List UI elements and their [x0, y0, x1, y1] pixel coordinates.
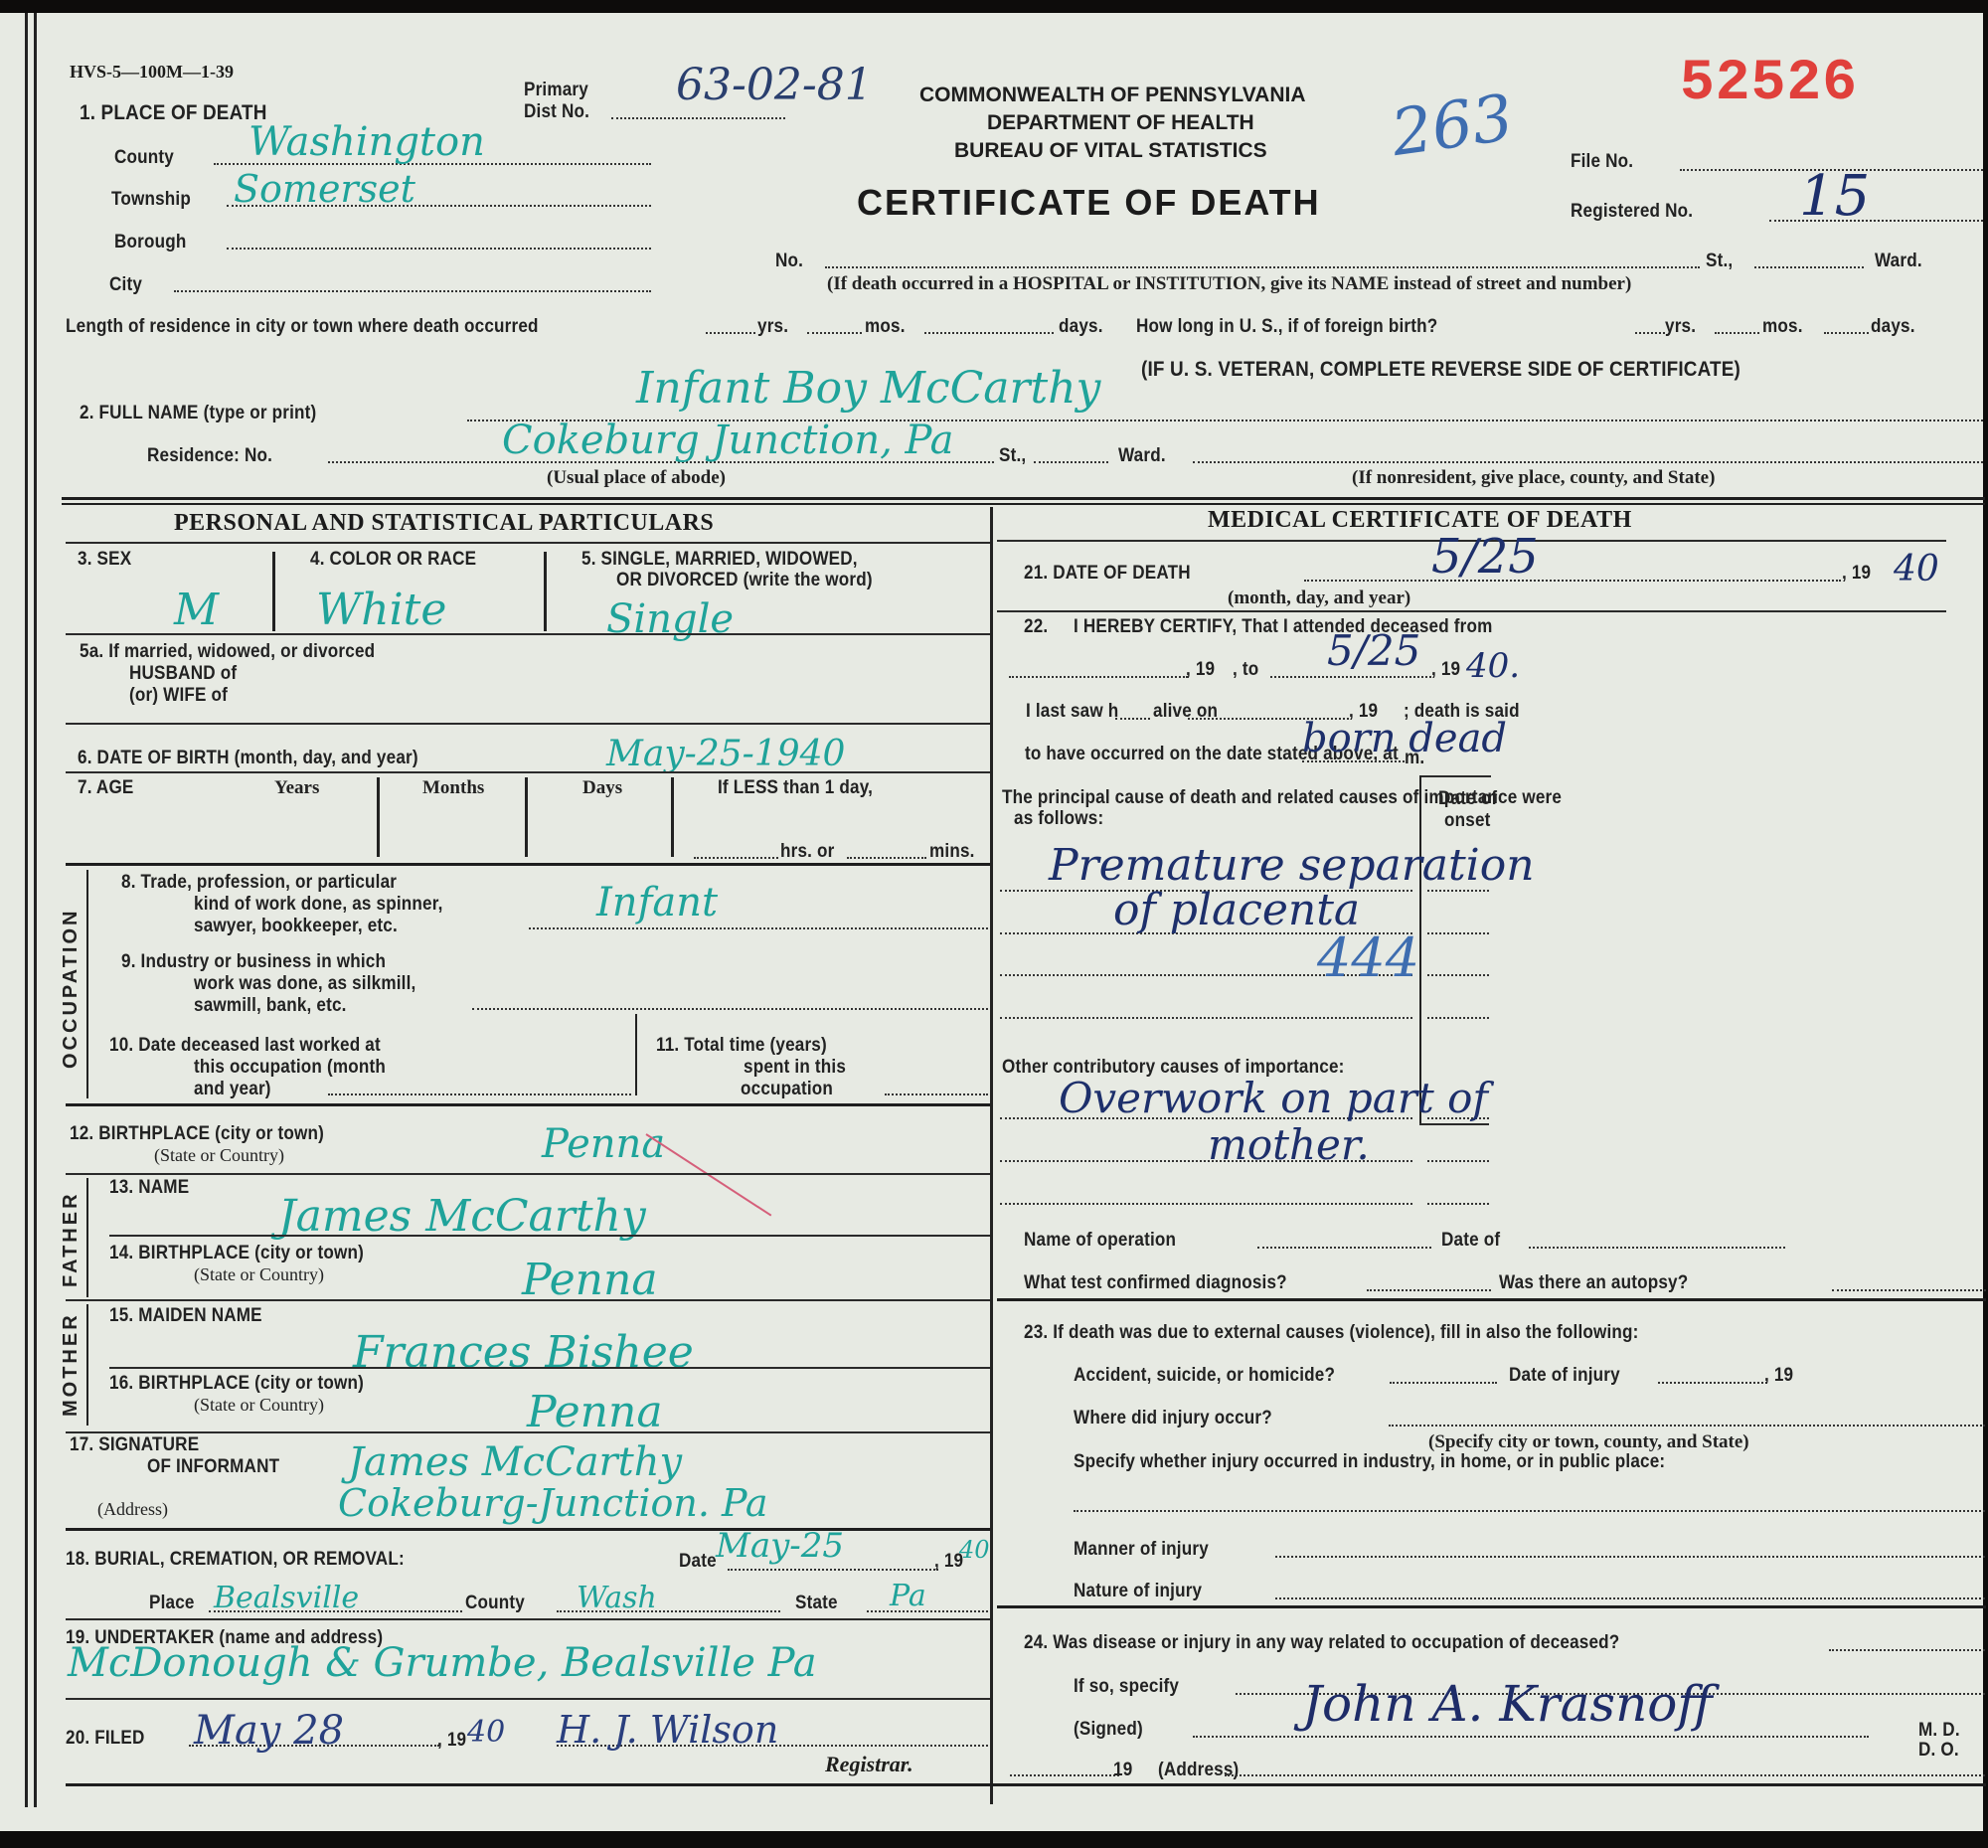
res-days-line — [924, 332, 1054, 334]
personal-heading-rule — [66, 542, 990, 544]
age-less-label: If LESS than 1 day, — [718, 777, 873, 799]
onset-box-bottom — [1419, 1123, 1489, 1125]
center-divider — [990, 507, 993, 1804]
issuer-line2: DEPARTMENT OF HEALTH — [987, 111, 1254, 135]
occupation-q-line — [1829, 1649, 1985, 1651]
occupation-question: 24. Was disease or injury in any way rel… — [1024, 1632, 1619, 1654]
nonresident-note: (If nonresident, give place, county, and… — [1352, 467, 1715, 489]
cause-label2: as follows: — [1014, 808, 1103, 830]
marital-label1: 5. SINGLE, MARRIED, WIDOWED, — [581, 549, 858, 571]
age-years: Years — [274, 777, 319, 799]
res-days-label: days. — [1059, 316, 1103, 338]
undertaker-value: McDonough & Grumbe, Bealsville Pa — [68, 1640, 817, 1686]
county-label: County — [114, 147, 174, 169]
residence-length-label: Length of residence in city or town wher… — [66, 316, 539, 338]
city-line — [174, 290, 651, 292]
row-rule-4 — [66, 863, 990, 866]
dob-value: May-25-1940 — [606, 734, 845, 774]
specify-line — [1074, 1510, 1985, 1512]
age-hrs-label: hrs. or — [780, 841, 834, 863]
onset-label1: Date of — [1438, 788, 1497, 810]
medical-heading: MEDICAL CERTIFICATE OF DEATH — [1208, 507, 1632, 534]
sig-date-line — [1010, 1774, 1119, 1776]
informant-address-value: Cokeburg-Junction. Pa — [338, 1481, 768, 1525]
registered-no-label: Registered No. — [1571, 201, 1693, 223]
res-mos-label: mos. — [865, 316, 906, 338]
bottom-rule-left — [66, 1783, 992, 1786]
city-label: City — [109, 274, 142, 296]
sex-value: M — [174, 585, 219, 635]
row-rule-11 — [66, 1698, 990, 1700]
certificate-title: CERTIFICATE OF DEATH — [857, 182, 1321, 224]
certify-label: I HEREBY CERTIFY, That I attended deceas… — [1074, 616, 1492, 638]
where-line — [1389, 1425, 1985, 1427]
birthplace-label2: (State or Country) — [154, 1145, 284, 1166]
onset-box-top — [1419, 775, 1491, 777]
row-rule-9 — [66, 1528, 990, 1531]
marital-label2: OR DIVORCED (write the word) — [616, 570, 873, 591]
sex-label: 3. SEX — [78, 549, 131, 571]
informant-address-label: (Address) — [97, 1499, 168, 1520]
operation-label: Name of operation — [1024, 1230, 1176, 1252]
primary-dist-value: 63-02-81 — [676, 60, 873, 110]
certify-num: 22. — [1024, 616, 1048, 638]
informant-label2: OF INFORMANT — [147, 1456, 279, 1478]
birthplace-label1: 12. BIRTHPLACE (city or town) — [70, 1123, 324, 1145]
registrar-value: H. J. Wilson — [557, 1708, 778, 1752]
burial-year-value: 40 — [959, 1536, 990, 1564]
onset-line-4 — [1427, 1017, 1489, 1019]
age-months-divider — [525, 777, 528, 857]
accident-label: Accident, suicide, or homicide? — [1074, 1365, 1335, 1387]
row-rule-10 — [66, 1618, 990, 1620]
res-mos-line — [807, 332, 862, 334]
to-label: , to — [1233, 659, 1258, 681]
issuer-line3: BUREAU OF VITAL STATISTICS — [954, 139, 1267, 163]
external-label: 23. If death was due to external causes … — [1024, 1322, 1639, 1344]
veteran-note: (IF U. S. VETERAN, COMPLETE REVERSE SIDE… — [1141, 358, 1740, 382]
industry-label2: work was done, as silkmill, — [194, 973, 415, 995]
father-bp-value: Penna — [522, 1255, 658, 1305]
manner-line — [1275, 1556, 1985, 1558]
file-no-label: File No. — [1571, 151, 1633, 173]
sig-year: 19 — [1113, 1760, 1132, 1781]
cause-line-4 — [1000, 1017, 1412, 1019]
burial-state-value: Pa — [890, 1579, 926, 1613]
borough-label: Borough — [114, 232, 186, 253]
dod-value: 5/25 — [1431, 529, 1539, 585]
test-label: What test confirmed diagnosis? — [1024, 1272, 1287, 1294]
attend-to-line — [1270, 676, 1431, 678]
operation-line — [1257, 1247, 1431, 1249]
trade-label3: sawyer, bookkeeper, etc. — [194, 916, 398, 937]
dod-line — [1304, 580, 1841, 582]
row-rule-8 — [66, 1431, 990, 1433]
lastsaw-label: I last saw h — [1026, 701, 1118, 723]
filed-label: 20. FILED — [66, 1728, 145, 1750]
burial-county-label: County — [465, 1593, 525, 1614]
to-year-prefix: , 19 — [1431, 659, 1460, 681]
autopsy-label: Was there an autopsy? — [1499, 1272, 1688, 1294]
spouse-label3: (or) WIFE of — [129, 685, 228, 707]
test-line — [1367, 1289, 1491, 1291]
md-label: M. D. — [1918, 1720, 1960, 1742]
occupation-bracket — [86, 870, 88, 1098]
residence-ward-line — [1034, 461, 1108, 463]
issuer-line1: COMMONWEALTH OF PENNSYLVANIA — [919, 84, 1305, 107]
left-border-outer — [25, 13, 28, 1807]
place-value: Bealsville — [214, 1581, 359, 1615]
trade-label2: kind of work done, as spinner, — [194, 894, 443, 916]
trade-value: Infant — [596, 880, 718, 925]
lastworked-line — [328, 1093, 631, 1095]
spouse-label1: 5a. If married, widowed, or divorced — [80, 641, 375, 663]
injury-date-label: Date of injury — [1509, 1365, 1620, 1387]
burial-date-line — [728, 1569, 938, 1571]
row-rule-1 — [66, 633, 990, 635]
dod-year-value: 40 — [1894, 549, 1939, 589]
informant-value: James McCarthy — [348, 1439, 682, 1485]
nature-label: Nature of injury — [1074, 1581, 1202, 1602]
lastworked-label1: 10. Date deceased last worked at — [109, 1035, 381, 1057]
informant-label1: 17. SIGNATURE — [70, 1434, 199, 1456]
father-bracket — [86, 1178, 88, 1297]
manner-label: Manner of injury — [1074, 1539, 1209, 1561]
stamp-number: 52526 — [1680, 52, 1858, 116]
lastworked-divider — [635, 1014, 637, 1095]
father-bp-label2: (State or Country) — [194, 1264, 324, 1285]
do-label: D. O. — [1918, 1740, 1959, 1762]
industry-label3: sawmill, bank, etc. — [194, 995, 347, 1017]
dod-year-prefix: , 19 — [1842, 563, 1871, 585]
m-label: m. — [1405, 748, 1424, 769]
dist-no-label: Dist No. — [524, 101, 589, 123]
medical-rule-1 — [997, 1298, 1986, 1301]
lastworked-label3: and year) — [194, 1079, 271, 1100]
burial-county-value: Wash — [577, 1581, 657, 1615]
street-line — [825, 266, 1700, 268]
sex-race-divider — [272, 552, 275, 631]
ifso-label: If so, specify — [1074, 1676, 1179, 1698]
section-divider-top2 — [62, 503, 1985, 505]
filed-year-prefix: , 19 — [437, 1730, 466, 1752]
totaltime-label2: spent in this — [744, 1057, 846, 1079]
cause-code: 444 — [1317, 926, 1419, 989]
to-year-value: 40. — [1466, 646, 1520, 686]
onset-line-7 — [1427, 1203, 1489, 1205]
onset-line-6 — [1427, 1160, 1489, 1162]
age-years-divider — [377, 777, 380, 857]
row-rule-7 — [66, 1299, 990, 1301]
signed-line — [1193, 1736, 1869, 1738]
fb-mos-label: mos. — [1762, 316, 1803, 338]
age-mins-label: mins. — [929, 841, 975, 863]
onset-line-2 — [1427, 932, 1489, 934]
race-marital-divider — [544, 552, 547, 631]
burial-label: 18. BURIAL, CREMATION, OR REMOVAL: — [66, 1549, 405, 1571]
autopsy-line — [1832, 1289, 1986, 1291]
left-border-inner — [34, 13, 37, 1807]
personal-heading: PERSONAL AND STATISTICAL PARTICULARS — [174, 510, 714, 537]
residence-value: Cokeburg Junction, Pa — [502, 418, 953, 463]
filed-year-value: 40 — [467, 1715, 505, 1750]
hospital-note: (If death occurred in a HOSPITAL or INST… — [827, 273, 1631, 295]
cause-line1-value: Premature separation — [1049, 840, 1535, 891]
residence-ward-label: Ward. — [1118, 445, 1166, 467]
fb-mos-line — [1715, 332, 1759, 334]
dod-note: (month, day, and year) — [1228, 588, 1410, 609]
trade-line — [529, 927, 988, 929]
ward-line — [1754, 266, 1864, 268]
section-divider-top1 — [62, 497, 1985, 500]
totaltime-label1: 11. Total time (years) — [656, 1035, 827, 1057]
birthplace-value: Penna — [542, 1121, 665, 1167]
where-note: (Specify city or town, county, and State… — [1428, 1431, 1749, 1453]
foreign-birth-label: How long in U. S., if of foreign birth? — [1136, 316, 1437, 338]
row-rule-6 — [66, 1173, 990, 1175]
res-yrs-label: yrs. — [757, 316, 788, 338]
row-rule-2 — [66, 723, 990, 725]
place-of-death-heading: 1. PLACE OF DEATH — [80, 101, 267, 125]
burial-state-line — [867, 1610, 988, 1612]
occupation-vertical-label: OCCUPATION — [60, 909, 83, 1069]
place-label: Place — [149, 1593, 195, 1614]
injury-year: , 19 — [1764, 1365, 1793, 1387]
full-name-value: Infant Boy McCarthy — [636, 363, 1100, 414]
registered-no-value: 15 — [1799, 164, 1870, 229]
sig-address-line — [1225, 1774, 1985, 1776]
residence-st-label: St., — [999, 445, 1026, 467]
mother-bp-label2: (State or Country) — [194, 1395, 324, 1416]
date-of-label: Date of — [1441, 1230, 1500, 1252]
signed-label: (Signed) — [1074, 1719, 1143, 1741]
mother-name-label: 15. MAIDEN NAME — [109, 1305, 262, 1327]
father-vertical-label: FATHER — [60, 1191, 83, 1287]
totaltime-line — [885, 1093, 988, 1095]
age-days-divider — [671, 777, 674, 857]
race-label: 4. COLOR OR RACE — [310, 549, 476, 571]
residence-ward-value-line — [1193, 461, 1983, 463]
res-yrs-line — [706, 332, 755, 334]
spouse-label2: HUSBAND of — [129, 663, 237, 685]
mother-rule — [109, 1367, 990, 1369]
fb-yrs-line — [1635, 332, 1665, 334]
age-months: Months — [422, 777, 484, 799]
father-rule — [109, 1235, 990, 1237]
to-value: 5/25 — [1327, 626, 1420, 675]
injury-date-line — [1658, 1382, 1767, 1384]
ward-label: Ward. — [1875, 251, 1922, 272]
fb-days-label: days. — [1871, 316, 1915, 338]
abode-note: (Usual place of abode) — [547, 467, 726, 489]
mother-bracket — [86, 1304, 88, 1426]
father-name-label: 13. NAME — [109, 1177, 189, 1199]
trade-label1: 8. Trade, profession, or particular — [121, 872, 397, 894]
age-label: 7. AGE — [78, 777, 134, 799]
no-label: No. — [775, 251, 803, 272]
industry-line — [472, 1008, 988, 1010]
dob-label: 6. DATE OF BIRTH (month, day, and year) — [78, 748, 418, 769]
father-bp-label1: 14. BIRTHPLACE (city or town) — [109, 1243, 364, 1264]
mother-bp-value: Penna — [527, 1387, 663, 1437]
other-line-3 — [1000, 1203, 1412, 1205]
other-line2-value: mother. — [1208, 1120, 1370, 1169]
sig-address-label: (Address) — [1158, 1760, 1239, 1781]
full-name-label: 2. FULL NAME (type or print) — [80, 403, 316, 424]
dod-label: 21. DATE OF DEATH — [1024, 563, 1191, 585]
accident-line — [1390, 1382, 1497, 1384]
mother-name-value: Frances Bishee — [353, 1327, 694, 1378]
age-days: Days — [582, 777, 622, 799]
primary-label: Primary — [524, 80, 588, 101]
county-value: Washington — [248, 119, 485, 165]
onset-line-3 — [1427, 974, 1489, 976]
fb-days-line — [1824, 332, 1869, 334]
st-label: St., — [1706, 251, 1733, 272]
nature-line — [1275, 1597, 1985, 1599]
residence-label: Residence: No. — [147, 445, 272, 467]
industry-label1: 9. Industry or business in which — [121, 951, 386, 973]
mins-line — [847, 857, 926, 859]
onset-label2: onset — [1444, 810, 1491, 832]
specify-label: Specify whether injury occurred in indus… — [1074, 1451, 1665, 1473]
burial-date-label: Date — [679, 1551, 717, 1573]
lastsaw-h-line — [1115, 718, 1150, 720]
lastworked-label2: this occupation (month — [194, 1057, 386, 1079]
totaltime-label3: occupation — [741, 1079, 833, 1100]
burial-date-value: May-25 — [716, 1526, 844, 1566]
form-code: HVS-5—100M—1-39 — [70, 62, 234, 83]
other-line1-value: Overwork on part of — [1059, 1074, 1488, 1122]
township-label: Township — [111, 189, 191, 211]
date-of-line — [1529, 1247, 1785, 1249]
registrar-label: Registrar. — [825, 1752, 913, 1777]
dod-rule — [997, 610, 1946, 612]
bottom-rule-right — [992, 1783, 1986, 1786]
dist-no-line — [611, 117, 785, 119]
row-rule-5 — [66, 1103, 990, 1106]
from-year-prefix: , 19 — [1186, 659, 1215, 681]
fb-yrs-label: yrs. — [1665, 316, 1696, 338]
marital-value: Single — [606, 596, 734, 642]
burial-state-label: State — [795, 1593, 838, 1614]
borough-line — [227, 248, 651, 250]
race-value: White — [316, 585, 446, 635]
attend-from-line — [1009, 676, 1188, 678]
where-label: Where did injury occur? — [1074, 1408, 1272, 1429]
signed-value: John A. Krasnoff — [1302, 1675, 1713, 1733]
mother-bp-label1: 16. BIRTHPLACE (city or town) — [109, 1373, 364, 1395]
hrs-line — [694, 857, 778, 859]
mother-vertical-label: MOTHER — [60, 1312, 83, 1417]
row-rule-3 — [66, 771, 990, 773]
filed-value: May 28 — [194, 1708, 344, 1754]
medical-rule-2 — [997, 1605, 1986, 1608]
township-value: Somerset — [234, 167, 415, 211]
